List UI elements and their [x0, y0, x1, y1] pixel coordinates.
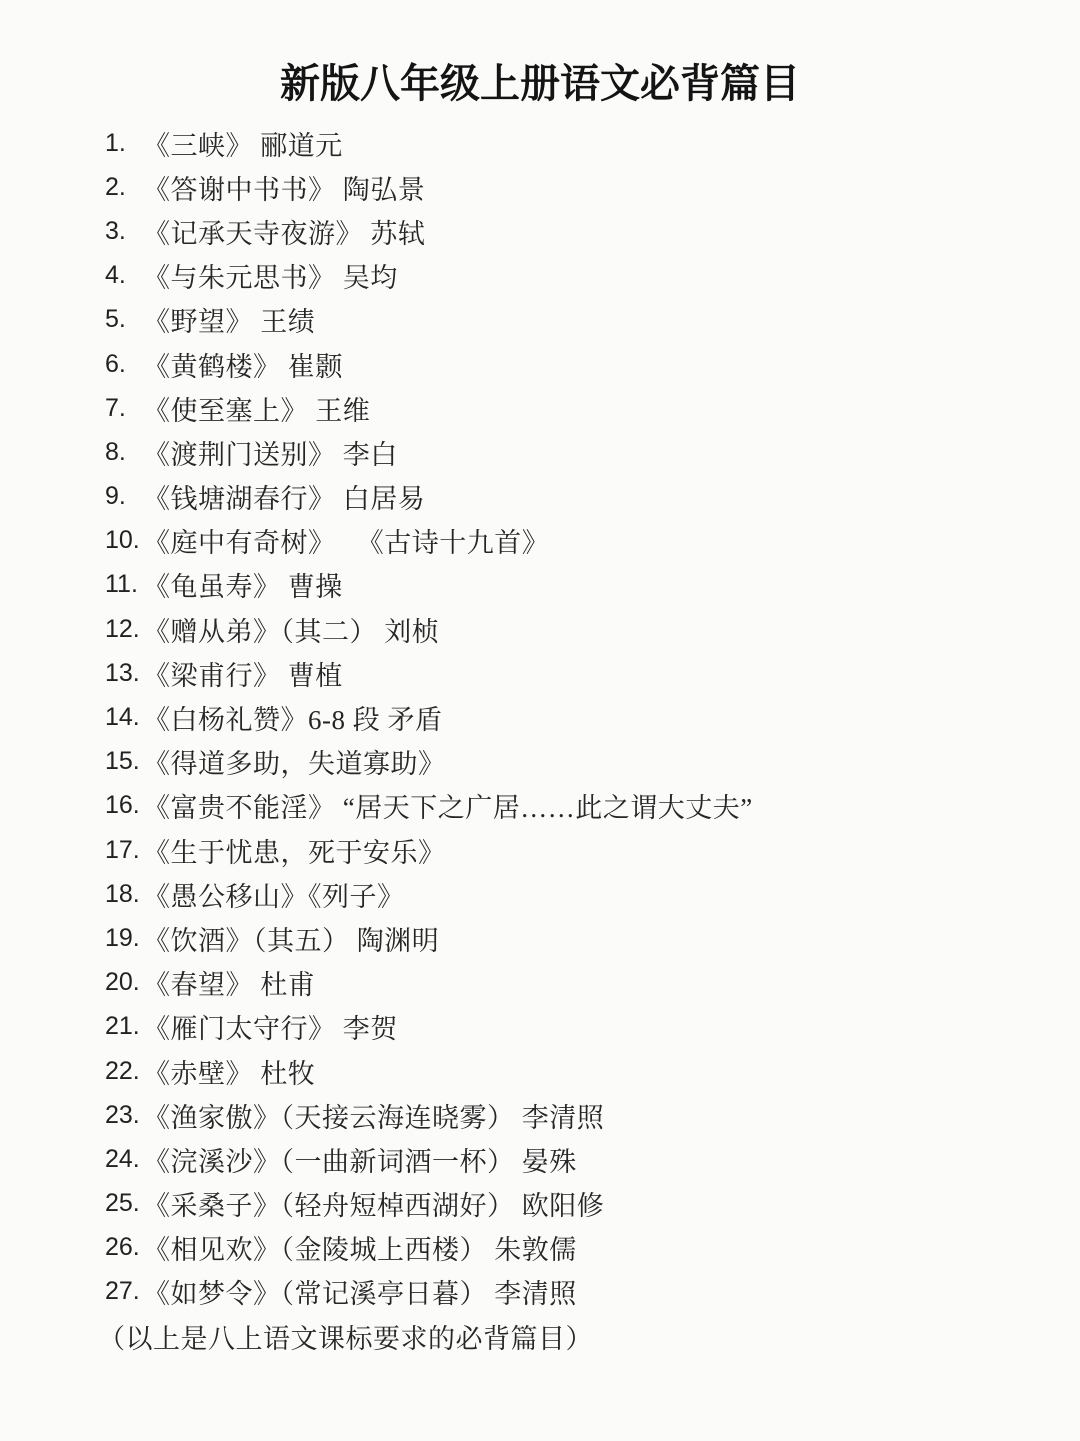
item-text: 《黄鹤楼》 崔颢: [143, 345, 343, 384]
item-text: 《记承天寺夜游》 苏轼: [143, 212, 425, 251]
item-number: 3.: [105, 217, 143, 246]
item-number: 27.: [105, 1277, 143, 1306]
item-number: 24.: [105, 1145, 143, 1174]
item-number: 22.: [105, 1057, 143, 1086]
list-item: 27. 《如梦令》（常记溪亭日暮） 李清照: [0, 1270, 1080, 1314]
item-number: 10.: [105, 526, 143, 555]
item-number: 4.: [105, 261, 143, 290]
item-number: 15.: [105, 747, 143, 776]
item-text: 《春望》 杜甫: [143, 963, 315, 1002]
list-item: 10. 《庭中有奇树》 《古诗十九首》: [0, 519, 1080, 563]
document-page: 新版八年级上册语文必背篇目 1. 《三峡》 郦道元 2. 《答谢中书书》 陶弘景…: [0, 0, 1080, 1441]
list-item: 9. 《钱塘湖春行》 白居易: [0, 475, 1080, 519]
item-number: 20.: [105, 968, 143, 997]
list-item: 18. 《愚公移山》《列子》: [0, 872, 1080, 916]
list-item: 12. 《赠从弟》（其二） 刘桢: [0, 607, 1080, 651]
item-number: 25.: [105, 1189, 143, 1218]
item-number: 11.: [105, 570, 143, 599]
item-number: 12.: [105, 615, 143, 644]
item-number: 7.: [105, 394, 143, 423]
item-number: 17.: [105, 836, 143, 865]
list-item: 22. 《赤壁》 杜牧: [0, 1049, 1080, 1093]
item-text: 《饮酒》（其五） 陶渊明: [143, 919, 439, 958]
item-number: 26.: [105, 1233, 143, 1262]
item-number: 21.: [105, 1012, 143, 1041]
item-number: 16.: [105, 791, 143, 820]
list-item: 6. 《黄鹤楼》 崔颢: [0, 342, 1080, 386]
list-item: 4. 《与朱元思书》 吴均: [0, 254, 1080, 298]
item-text: 《雁门太守行》 李贺: [143, 1007, 398, 1046]
list-item: 2. 《答谢中书书》 陶弘景: [0, 165, 1080, 209]
item-number: 14.: [105, 703, 143, 732]
item-number: 23.: [105, 1101, 143, 1130]
list-item: 26. 《相见欢》（金陵城上西楼） 朱敦儒: [0, 1226, 1080, 1270]
item-number: 18.: [105, 880, 143, 909]
list-item: 3. 《记承天寺夜游》 苏轼: [0, 209, 1080, 253]
page-title: 新版八年级上册语文必背篇目: [0, 0, 1080, 104]
item-number: 19.: [105, 924, 143, 953]
item-text: 《答谢中书书》 陶弘景: [143, 168, 425, 207]
list-item: 11. 《龟虽寿》 曹操: [0, 563, 1080, 607]
item-text: 《浣溪沙》（一曲新词酒一杯） 晏殊: [143, 1140, 577, 1179]
list-item: 1. 《三峡》 郦道元: [0, 121, 1080, 165]
item-text: 《庭中有奇树》 《古诗十九首》: [143, 521, 549, 560]
item-text: 《渡荆门送别》 李白: [143, 433, 398, 472]
item-text: 《如梦令》（常记溪亭日暮） 李清照: [143, 1272, 577, 1311]
item-number: 1.: [105, 129, 143, 158]
item-text: 《相见欢》（金陵城上西楼） 朱敦儒: [143, 1228, 577, 1267]
item-number: 2.: [105, 173, 143, 202]
item-text: 《赠从弟》（其二） 刘桢: [143, 610, 439, 649]
list-item: 15. 《得道多助，失道寡助》: [0, 740, 1080, 784]
recitation-list: 1. 《三峡》 郦道元 2. 《答谢中书书》 陶弘景 3. 《记承天寺夜游》 苏…: [0, 121, 1080, 1314]
item-text: 《钱塘湖春行》 白居易: [143, 477, 425, 516]
item-text: 《三峡》 郦道元: [143, 124, 343, 163]
list-item: 24. 《浣溪沙》（一曲新词酒一杯） 晏殊: [0, 1137, 1080, 1181]
list-item: 19. 《饮酒》（其五） 陶渊明: [0, 916, 1080, 960]
item-text: 《生于忧患，死于安乐》: [143, 831, 446, 870]
item-text: 《白杨礼赞》6-8 段 矛盾: [143, 698, 443, 737]
item-text: 《愚公移山》《列子》: [143, 875, 405, 914]
item-number: 8.: [105, 438, 143, 467]
list-item: 20. 《春望》 杜甫: [0, 961, 1080, 1005]
item-number: 13.: [105, 659, 143, 688]
list-item: 16. 《富贵不能淫》 “居天下之广居……此之谓大丈夫”: [0, 784, 1080, 828]
item-text: 《渔家傲》（天接云海连晓雾） 李清照: [143, 1096, 604, 1135]
list-item: 5. 《野望》 王绩: [0, 298, 1080, 342]
item-text: 《与朱元思书》 吴均: [143, 256, 398, 295]
item-number: 5.: [105, 305, 143, 334]
item-text: 《龟虽寿》 曹操: [143, 565, 343, 604]
item-text: 《富贵不能淫》 “居天下之广居……此之谓大丈夫”: [143, 786, 753, 825]
list-item: 21. 《雁门太守行》 李贺: [0, 1005, 1080, 1049]
list-item: 14. 《白杨礼赞》6-8 段 矛盾: [0, 695, 1080, 739]
item-text: 《梁甫行》 曹植: [143, 654, 343, 693]
list-item: 7. 《使至塞上》 王维: [0, 386, 1080, 430]
item-number: 6.: [105, 350, 143, 379]
item-text: 《使至塞上》 王维: [143, 389, 370, 428]
footer-note: （以上是八上语文课标要求的必背篇目）: [0, 1314, 1080, 1358]
list-item: 8. 《渡荆门送别》 李白: [0, 430, 1080, 474]
item-text: 《采桑子》（轻舟短棹西湖好） 欧阳修: [143, 1184, 604, 1223]
list-item: 25. 《采桑子》（轻舟短棹西湖好） 欧阳修: [0, 1182, 1080, 1226]
list-item: 13. 《梁甫行》 曹植: [0, 651, 1080, 695]
item-text: 《得道多助，失道寡助》: [143, 742, 446, 781]
list-item: 17. 《生于忧患，死于安乐》: [0, 828, 1080, 872]
item-text: 《赤壁》 杜牧: [143, 1052, 315, 1091]
list-item: 23. 《渔家傲》（天接云海连晓雾） 李清照: [0, 1093, 1080, 1137]
item-text: 《野望》 王绩: [143, 300, 315, 339]
item-number: 9.: [105, 482, 143, 511]
